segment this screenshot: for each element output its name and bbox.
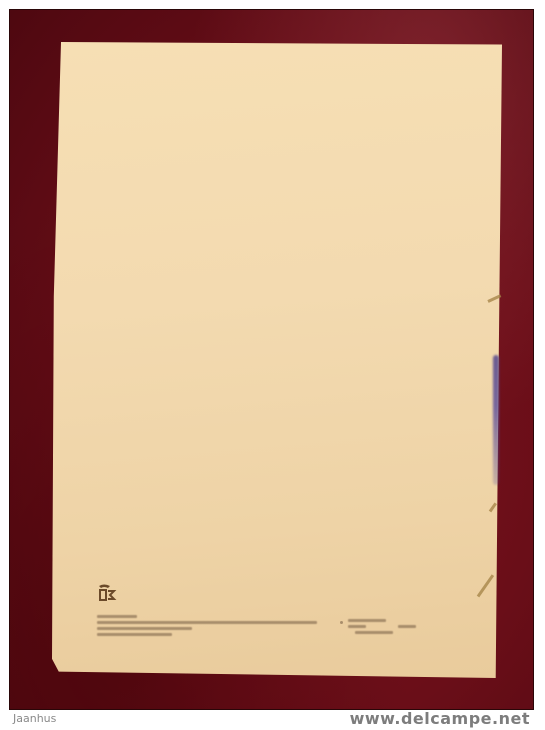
seller-watermark: Jaanhus: [13, 712, 56, 725]
publisher-logo-icon: [96, 582, 118, 604]
site-watermark: www.delcampe.net: [350, 709, 530, 728]
postcard-back: [52, 42, 502, 678]
ink-stain: [493, 355, 499, 485]
